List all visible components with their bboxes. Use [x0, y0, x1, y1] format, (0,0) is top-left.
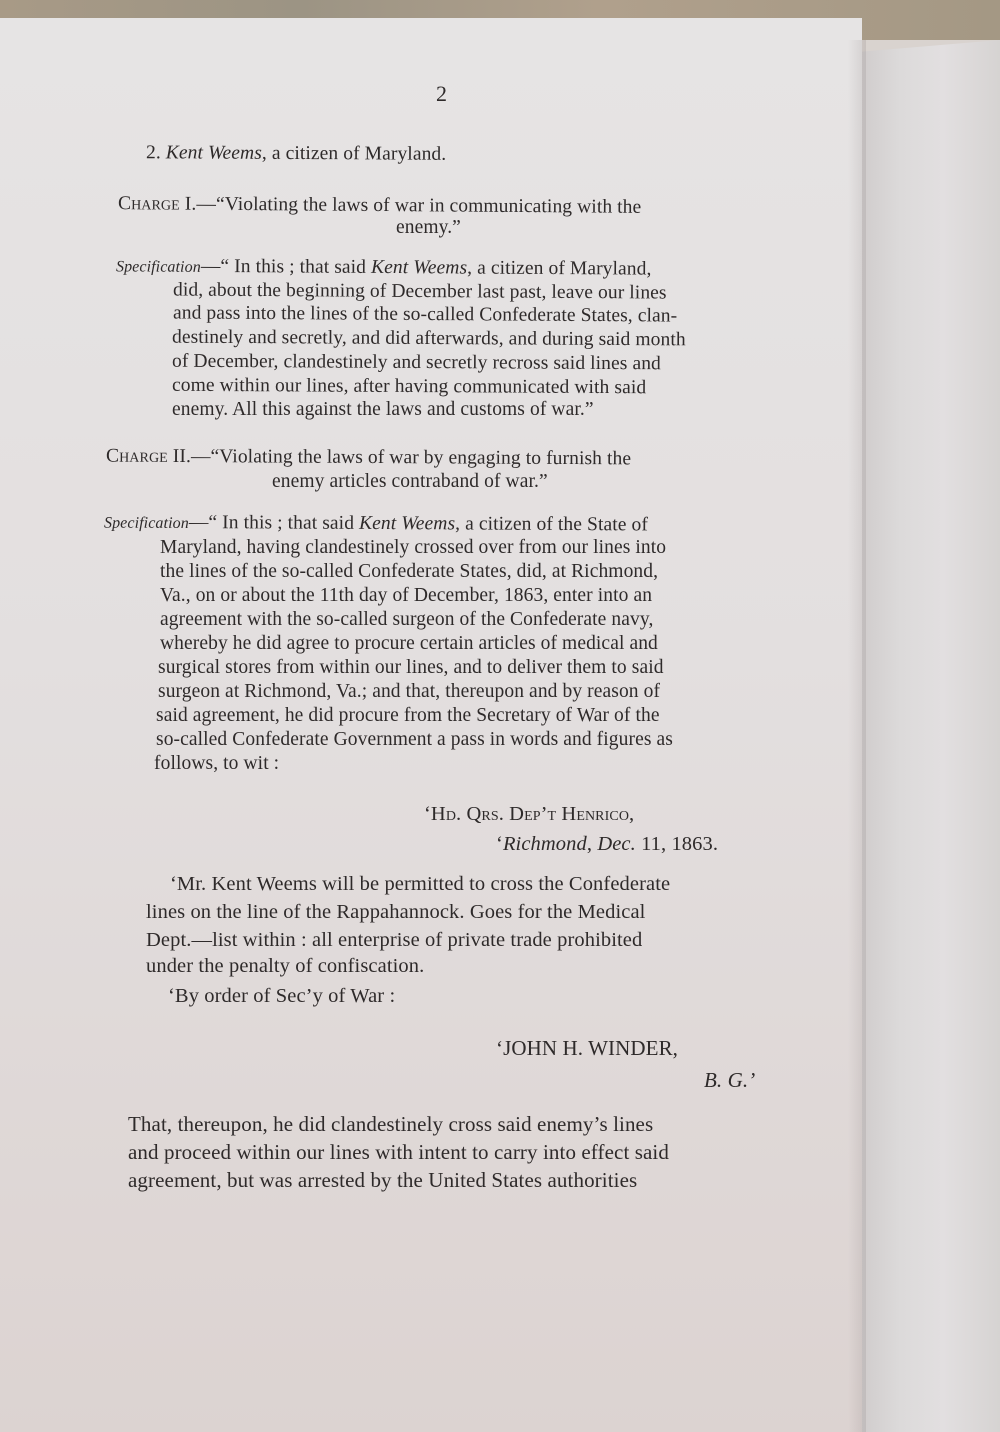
- specification-1-name: Kent Weems: [371, 257, 467, 279]
- specification-1-line: enemy. All this against the laws and cus…: [172, 398, 594, 422]
- specification-1-line: destinely and secretly, and did afterwar…: [172, 326, 686, 353]
- pass-signature: ‘JOHN H. WINDER,: [496, 1036, 678, 1060]
- charge-2: Charge II.—“Violating the laws of war by…: [106, 445, 631, 472]
- charge-2-line-1: —“Violating the laws of war by engaging …: [191, 446, 631, 469]
- specification-2-line: so-called Confederate Government a pass …: [156, 728, 673, 752]
- pass-header: ‘Hd. Qrs. Dep’t Henrico,: [424, 802, 634, 826]
- closing-line: agreement, but was arrested by the Unite…: [128, 1168, 637, 1192]
- specification-2-line: the lines of the so-called Confederate S…: [160, 560, 658, 584]
- document-page: 2 2. Kent Weems, a citizen of Maryland. …: [0, 18, 862, 1432]
- pass-month: Dec.: [597, 833, 636, 855]
- pass-body-line: under the penalty of confiscation.: [146, 954, 424, 978]
- pass-place-date: ‘Richmond, Dec. 11, 1863.: [496, 832, 718, 856]
- specification-2-line: agreement with the so-called surgeon of …: [160, 608, 653, 632]
- closing-line: That, thereupon, he did clandestinely cr…: [128, 1112, 653, 1136]
- charge-2-label: Charge II.: [106, 446, 191, 467]
- page-number: 2: [436, 82, 447, 106]
- specification-2-pre: —“ In this ; that said: [189, 512, 359, 534]
- specification-2-line: Maryland, having clandestinely crossed o…: [160, 536, 666, 560]
- specification-1-line: come within our lines, after having comm…: [172, 374, 646, 400]
- specification-2-post: , a citizen of the State of: [455, 513, 648, 535]
- specification-1-pre: —“ In this ; that said: [201, 256, 371, 278]
- specification-2-line: surgeon at Richmond, Va.; and that, ther…: [158, 680, 660, 704]
- charge-1-line-2: enemy.”: [396, 216, 461, 240]
- pass-rank: B. G.’: [704, 1068, 755, 1092]
- item-heading: 2. Kent Weems, a citizen of Maryland.: [146, 141, 446, 167]
- pass-order-line: ‘By order of Sec’y of War :: [168, 984, 395, 1008]
- specification-1-line: of December, clandestinely and secretly …: [172, 350, 661, 377]
- charge-2-line-2: enemy articles contraband of war.”: [272, 470, 548, 494]
- pass-date: 11, 1863.: [636, 833, 718, 855]
- specification-2-line: surgical stores from within our lines, a…: [158, 656, 664, 680]
- pass-body-line: lines on the line of the Rappahannock. G…: [146, 900, 645, 924]
- defendant-name: Kent Weems: [166, 142, 262, 164]
- specification-2-line: whereby he did agree to procure certain …: [160, 632, 658, 656]
- item-number: 2.: [146, 142, 161, 163]
- specification-2: Specification—“ In this ; that said Kent…: [104, 511, 648, 539]
- pass-body-line: Dept.—list within : all enterprise of pr…: [146, 928, 642, 952]
- specification-2-line: follows, to wit :: [154, 752, 279, 776]
- specification-2-name: Kent Weems: [359, 513, 455, 535]
- closing-line: and proceed within our lines with intent…: [128, 1140, 669, 1164]
- charge-1-line-1: —“Violating the laws of war in communica…: [196, 194, 641, 218]
- adjacent-page: [858, 40, 1000, 1432]
- pass-body-line: ‘Mr. Kent Weems will be permitted to cro…: [170, 872, 670, 896]
- specification-2-label: Specification: [104, 515, 189, 532]
- specification-1-label: Specification: [116, 258, 201, 276]
- page-fold-shadow: [848, 40, 866, 1432]
- pass-place: Richmond: [503, 833, 587, 855]
- item-heading-rest: , a citizen of Maryland.: [262, 143, 446, 165]
- specification-1-post: , a citizen of Maryland,: [467, 258, 651, 280]
- specification-2-line: Va., on or about the 11th day of Decembe…: [160, 584, 652, 608]
- specification-1-line: and pass into the lines of the so-called…: [173, 301, 677, 328]
- charge-1-label: Charge I.: [118, 193, 197, 215]
- charge-1: Charge I.—“Violating the laws of war in …: [118, 192, 641, 220]
- specification-2-line: said agreement, he did procure from the …: [156, 704, 660, 728]
- pass-place-prefix: ‘: [496, 833, 503, 855]
